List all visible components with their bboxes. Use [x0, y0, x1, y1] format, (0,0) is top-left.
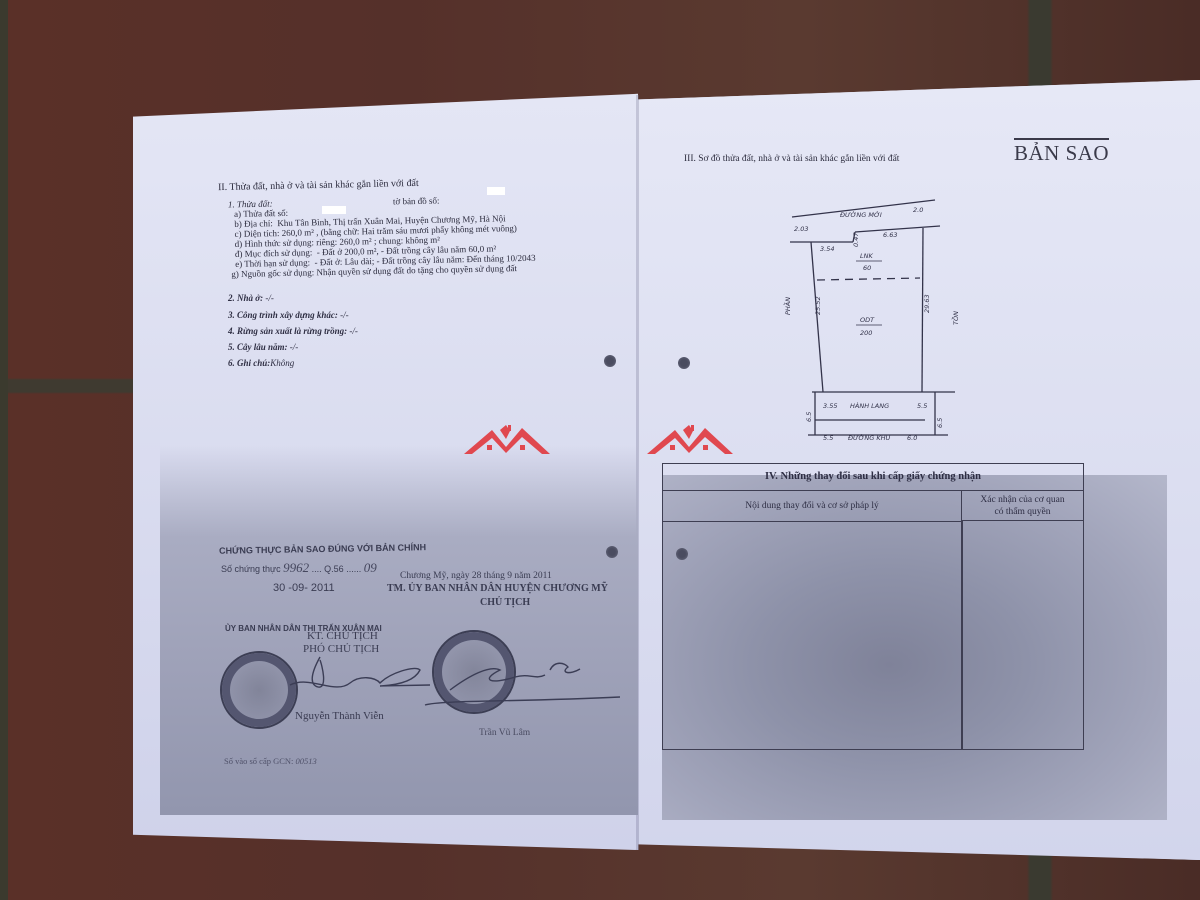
svg-text:PHẦN: PHẦN [782, 297, 792, 315]
svg-text:2.0: 2.0 [913, 206, 923, 214]
item-other-construction: 3. Công trình xây dựng khác: -/- [228, 310, 349, 320]
changes-table: IV. Những thay đổi sau khi cấp giấy chứn… [662, 463, 1084, 750]
svg-text:3.55: 3.55 [823, 402, 837, 410]
punch-hole [604, 355, 616, 367]
chairman-name: Trần Vũ Lâm [479, 728, 530, 738]
svg-text:6.63: 6.63 [883, 231, 897, 239]
chairman-title: CHỦ TỊCH [480, 597, 530, 608]
svg-text:60: 60 [863, 264, 871, 272]
svg-text:6.5: 6.5 [805, 412, 813, 422]
svg-text:3.54: 3.54 [820, 245, 834, 253]
svg-text:6.0: 6.0 [907, 434, 917, 442]
svg-text:200: 200 [860, 329, 872, 337]
svg-text:ODT: ODT [860, 316, 875, 324]
svg-text:2.03: 2.03 [794, 225, 808, 233]
redacted-map-number [487, 187, 505, 195]
house-logo-watermark [647, 425, 733, 455]
svg-text:ĐƯỜNG MỚI: ĐƯỜNG MỚI [840, 210, 882, 219]
section-iv-title: IV. Những thay đổi sau khi cấp giấy chứn… [663, 464, 1083, 491]
certification-number: Số chứng thực 9962 .... Q.56 ...... 09 [221, 560, 377, 576]
svg-text:29.63: 29.63 [923, 294, 931, 313]
issuance-place-date: Chương Mỹ, ngày 28 tháng 9 năm 2011 [400, 571, 552, 581]
svg-text:LNK: LNK [860, 252, 873, 260]
map-sheet-label: tờ bản đồ số: [393, 196, 440, 208]
svg-text:0.47: 0.47 [852, 232, 860, 247]
svg-text:25.52: 25.52 [814, 296, 822, 315]
copy-stamp: BẢN SAO [1014, 138, 1109, 166]
svg-text:5.5: 5.5 [917, 402, 927, 410]
svg-text:TỒN: TỒN [950, 311, 960, 325]
section-iii-title: III. Sơ đồ thửa đất, nhà ở và tài sản kh… [684, 154, 899, 164]
item-perennial-trees: 5. Cây lâu năm: -/- [228, 342, 298, 352]
item-notes: 6. Ghi chú:Không [228, 358, 294, 368]
house-logo-watermark [464, 425, 550, 455]
certification-date: 30 -09- 2011 [273, 582, 335, 594]
svg-text:ĐƯỜNG KHU: ĐƯỜNG KHU [848, 433, 891, 442]
registry-number: Số vào sổ cấp GCN: 00513 [224, 756, 317, 766]
on-behalf-title: KT. CHỦ TỊCH [307, 630, 378, 642]
punch-hole [678, 357, 690, 369]
vice-chairman-name: Nguyễn Thành Viễn [295, 710, 384, 722]
redacted-parcel-number [322, 206, 346, 214]
vice-chairman-title: PHÓ CHỦ TỊCH [303, 643, 379, 655]
chairman-signature [420, 655, 630, 715]
plot-diagram: ĐƯỜNG MỚI 2.0 2.03 3.54 6.63 LNK 60 ODT … [770, 195, 970, 445]
item-production-forest: 4. Rừng sản xuất là rừng trồng: -/- [228, 326, 358, 336]
column-header-content: Nội dung thay đổi và cơ sở pháp lý [663, 491, 962, 522]
svg-text:5.5: 5.5 [823, 434, 833, 442]
column-divider [961, 521, 963, 749]
svg-text:6.5: 6.5 [936, 418, 944, 428]
district-authority: TM. ỦY BAN NHÂN DÂN HUYỆN CHƯƠNG MỸ [387, 583, 608, 594]
svg-text:HÀNH LANG: HÀNH LANG [850, 401, 889, 410]
column-header-confirmation: Xác nhận của cơ quan có thẩm quyền [962, 491, 1083, 521]
punch-hole [606, 546, 618, 558]
item-house: 2. Nhà ở: -/- [228, 293, 274, 303]
vice-chairman-signature [280, 655, 430, 700]
